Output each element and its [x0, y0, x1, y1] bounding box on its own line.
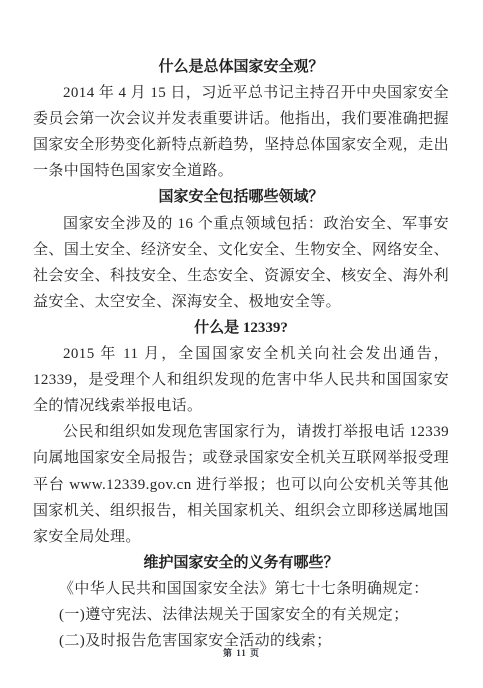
page-footer: 第 11 页 — [0, 646, 483, 659]
section-hotline-12339: 什么是 12339? 2015 年 11 月，全国国家安全机关向社会发出通告，1… — [33, 315, 449, 550]
law-reference-line: 《中华人民共和国国家安全法》第七十七条明确规定： — [33, 576, 449, 602]
page-number-label: 第 11 页 — [223, 648, 260, 658]
obligation-item-1: (一)遵守宪法、法律法规关于国家安全的有关规定； — [33, 602, 449, 628]
paragraph: 国家安全涉及的 16 个重点领域包括：政治安全、军事安全、国土安全、经济安全、文… — [33, 211, 449, 315]
paragraph: 公民和组织如发现危害国家行为，请拨打举报电话 12339 向属地国家安全局报告；… — [33, 419, 449, 549]
section-heading: 什么是总体国家安全观？ — [33, 54, 449, 80]
section-heading: 国家安全包括哪些领域？ — [33, 184, 449, 210]
paragraph: 2014 年 4 月 15 日，习近平总书记主持召开中央国家安全委员会第一次会议… — [33, 80, 449, 184]
paragraph: 2015 年 11 月，全国国家安全机关向社会发出通告，12339，是受理个人和… — [33, 341, 449, 419]
section-security-domains: 国家安全包括哪些领域？ 国家安全涉及的 16 个重点领域包括：政治安全、军事安全… — [33, 184, 449, 314]
section-heading: 什么是 12339? — [33, 315, 449, 341]
section-heading: 维护国家安全的义务有哪些？ — [33, 550, 449, 576]
document-page: 什么是总体国家安全观？ 2014 年 4 月 15 日，习近平总书记主持召开中央… — [33, 54, 449, 654]
section-security-obligations: 维护国家安全的义务有哪些？ 《中华人民共和国国家安全法》第七十七条明确规定： (… — [33, 550, 449, 654]
section-overall-security-concept: 什么是总体国家安全观？ 2014 年 4 月 15 日，习近平总书记主持召开中央… — [33, 54, 449, 184]
